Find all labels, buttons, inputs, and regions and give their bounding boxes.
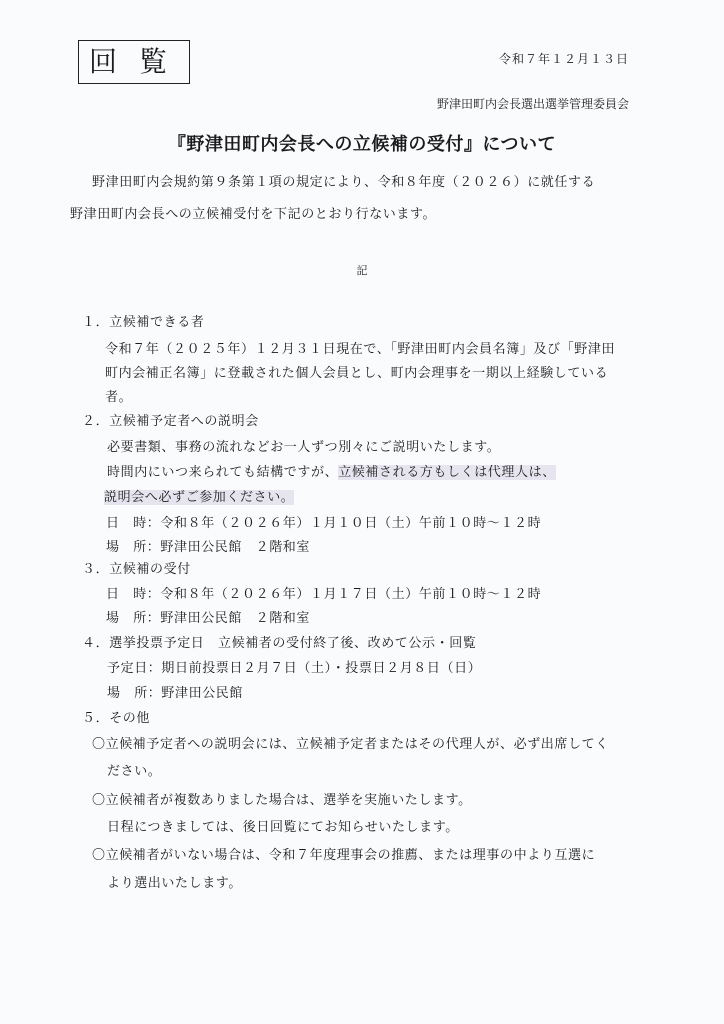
section-1-line: 町内会補正名簿」に登載された個人会員とし、町内会理事を一期以上経験している [105,362,608,381]
section-5-heading: ５．その他 [82,707,150,726]
section-2-line: 説明会へ必ずご参加ください。 [104,486,294,505]
section-2-location: 場 所：野津田公民館 ２階和室 [106,536,310,555]
circulation-stamp: 回覧 [78,40,190,84]
section-3-heading: ３．立候補の受付 [82,558,191,577]
section-5-line: 〇立候補者がいない場合は、令和７年度理事会の推薦、または理事の中より互選に [92,844,595,863]
section-2-text: 時間内にいつ来られても結構ですが、 [107,465,338,480]
section-2-line: 時間内にいつ来られても結構ですが、立候補される方もしくは代理人は、 [107,461,556,480]
section-5-line: より選出いたします。 [107,872,242,891]
section-2-datetime: 日 時：令和８年（２０２６年）１月１０日（土）午前１０時～１２時 [106,512,541,531]
highlighted-text: 立候補される方もしくは代理人は、 [338,465,556,480]
intro-line-2: 野津田町内会長への立候補受付を下記のとおり行ないます。 [70,203,436,222]
ki-marker: 記 [0,262,724,278]
section-3-datetime: 日 時：令和８年（２０２６年）１月１７日（土）午前１０時～１２時 [106,583,541,602]
intro-line-1: 野津田町内会規約第９条第１項の規定により、令和８年度（２０２６）に就任する [92,171,595,190]
section-2-heading: ２．立候補予定者への説明会 [82,410,259,429]
section-2-line: 必要書類、事務の流れなどお一人ずつ別々にご説明いたします。 [107,436,500,455]
section-4-schedule: 予定日：期日前投票日２月７日（土）・投票日２月８日（日） [107,657,481,676]
section-5-line: 日程につきましては、後日回覧にてお知らせいたします。 [107,816,459,835]
document-date: 令和７年１２月１３日 [499,50,629,67]
section-1-line: 者。 [105,386,132,405]
document-title: 『野津田町内会長への立候補の受付』について [0,130,724,156]
section-1-line: 令和７年（２０２５年）１２月３１日現在で、「野津田町内会員名簿」及び「野津田 [105,338,615,357]
section-1-heading: １．立候補できる者 [82,311,204,330]
section-4-location: 場 所：野津田公民館 [107,682,243,701]
highlighted-text: 説明会へ必ずご参加ください。 [104,490,294,505]
section-5-line: 〇立候補者が複数ありました場合は、選挙を実施いたします。 [92,789,472,808]
section-4-heading: ４．選挙投票予定日 立候補者の受付終了後、改めて公示・回覧 [82,632,476,651]
section-3-location: 場 所：野津田公民館 ２階和室 [106,607,310,626]
issuing-organization: 野津田町内会長選出選挙管理委員会 [437,95,629,112]
section-5-line: 〇立候補予定者への説明会には、立候補予定者またはその代理人が、必ず出席してく [92,733,609,752]
section-5-line: ださい。 [107,760,161,779]
